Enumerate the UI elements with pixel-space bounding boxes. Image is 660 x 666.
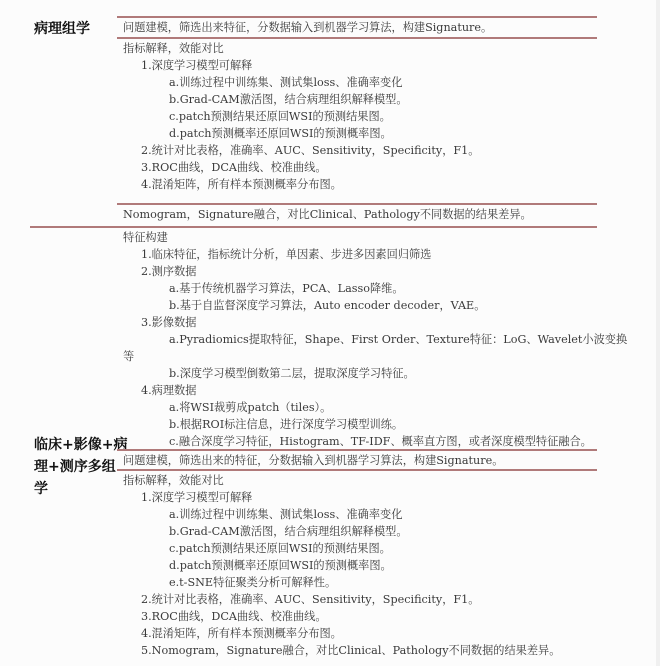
feature-subitem: a.将WSI裁剪成patch（tiles）。 bbox=[169, 399, 331, 416]
feature-subitem: b.深度学习模型倒数第二层，提取深度学习特征。 bbox=[169, 365, 415, 382]
feature-subitem: b.基于自监督深度学习算法，Auto encoder decoder，VAE。 bbox=[169, 297, 485, 314]
feature-item: 3.影像数据 bbox=[141, 314, 196, 331]
eval-subitem: d.patch预测概率还原回WSI的预测概率图。 bbox=[169, 125, 392, 142]
feature-subitem-wrap: 等 bbox=[123, 348, 134, 365]
feature-title: 特征构建 bbox=[123, 229, 168, 246]
eval-item: 4.混淆矩阵，所有样本预测概率分布图。 bbox=[141, 176, 342, 193]
feature-subitem: c.融合深度学习特征，Histogram、TF-IDF、概率直方图，或者深度模型… bbox=[169, 433, 592, 450]
feature-item: 4.病理数据 bbox=[141, 382, 196, 399]
eval-item: 3.ROC曲线，DCA曲线、校准曲线。 bbox=[141, 608, 327, 625]
eval-subitem: b.Grad-CAM激活图，结合病理组织解释模型。 bbox=[169, 91, 408, 108]
section-label-multiomics-line3: 学 bbox=[34, 478, 48, 500]
eval-subitem: a.训练过程中训练集、测试集loss、准确率变化 bbox=[169, 506, 402, 523]
eval-subitem: c.patch预测结果还原回WSI的预测结果图。 bbox=[169, 540, 391, 557]
section-label-multiomics-line2: 理+测序多组 bbox=[34, 456, 116, 478]
row-modeling: 问题建模，筛选出来特征，分数据输入到机器学习算法，构建Signature。 bbox=[123, 19, 492, 36]
eval-item: 5.Nomogram，Signature融合，对比Clinical、Pathol… bbox=[141, 642, 560, 659]
eval-subitem: e.t-SNE特征聚类分析可解释性。 bbox=[169, 574, 336, 591]
eval-subitem: c.patch预测结果还原回WSI的预测结果图。 bbox=[169, 108, 391, 125]
eval-item: 4.混淆矩阵，所有样本预测概率分布图。 bbox=[141, 625, 342, 642]
document-page: 病理组学 问题建模，筛选出来特征，分数据输入到机器学习算法，构建Signatur… bbox=[0, 0, 660, 666]
eval-subitem: b.Grad-CAM激活图，结合病理组织解释模型。 bbox=[169, 523, 408, 540]
section-label-pathomics: 病理组学 bbox=[34, 18, 90, 40]
eval-subitem: d.patch预测概率还原回WSI的预测概率图。 bbox=[169, 557, 392, 574]
table-rule bbox=[117, 469, 597, 471]
eval-item: 2.统计对比表格，准确率、AUC、Sensitivity，Specificity… bbox=[141, 591, 479, 608]
feature-item: 1.临床特征，指标统计分析，单因素、步进多因素回归筛选 bbox=[141, 246, 431, 263]
eval-item: 1.深度学习模型可解释 bbox=[141, 57, 252, 74]
section-divider bbox=[30, 226, 597, 228]
feature-subitem: a.基于传统机器学习算法，PCA、Lasso降维。 bbox=[169, 280, 404, 297]
feature-subitem: b.根据ROI标注信息，进行深度学习模型训练。 bbox=[169, 416, 403, 433]
table-rule bbox=[117, 37, 597, 39]
section-label-multiomics-line1: 临床+影像+病 bbox=[34, 434, 127, 456]
eval-item: 2.统计对比表格，准确率、AUC、Sensitivity，Specificity… bbox=[141, 142, 479, 159]
eval-subitem: a.训练过程中训练集、测试集loss、准确率变化 bbox=[169, 74, 402, 91]
table-rule bbox=[117, 449, 597, 451]
table-rule bbox=[117, 203, 597, 205]
eval-item: 3.ROC曲线，DCA曲线、校准曲线。 bbox=[141, 159, 327, 176]
eval-title: 指标解释，效能对比 bbox=[123, 40, 224, 57]
row-fusion: Nomogram，Signature融合，对比Clinical、Patholog… bbox=[123, 206, 532, 223]
eval-title: 指标解释，效能对比 bbox=[123, 472, 224, 489]
page-edge bbox=[656, 0, 660, 666]
table-rule bbox=[117, 16, 597, 18]
feature-item: 2.测序数据 bbox=[141, 263, 196, 280]
eval-item: 1.深度学习模型可解释 bbox=[141, 489, 252, 506]
row-modeling: 问题建模，筛选出来的特征，分数据输入到机器学习算法，构建Signature。 bbox=[123, 452, 503, 469]
feature-subitem: a.Pyradiomics提取特征，Shape、First Order、Text… bbox=[169, 331, 627, 348]
